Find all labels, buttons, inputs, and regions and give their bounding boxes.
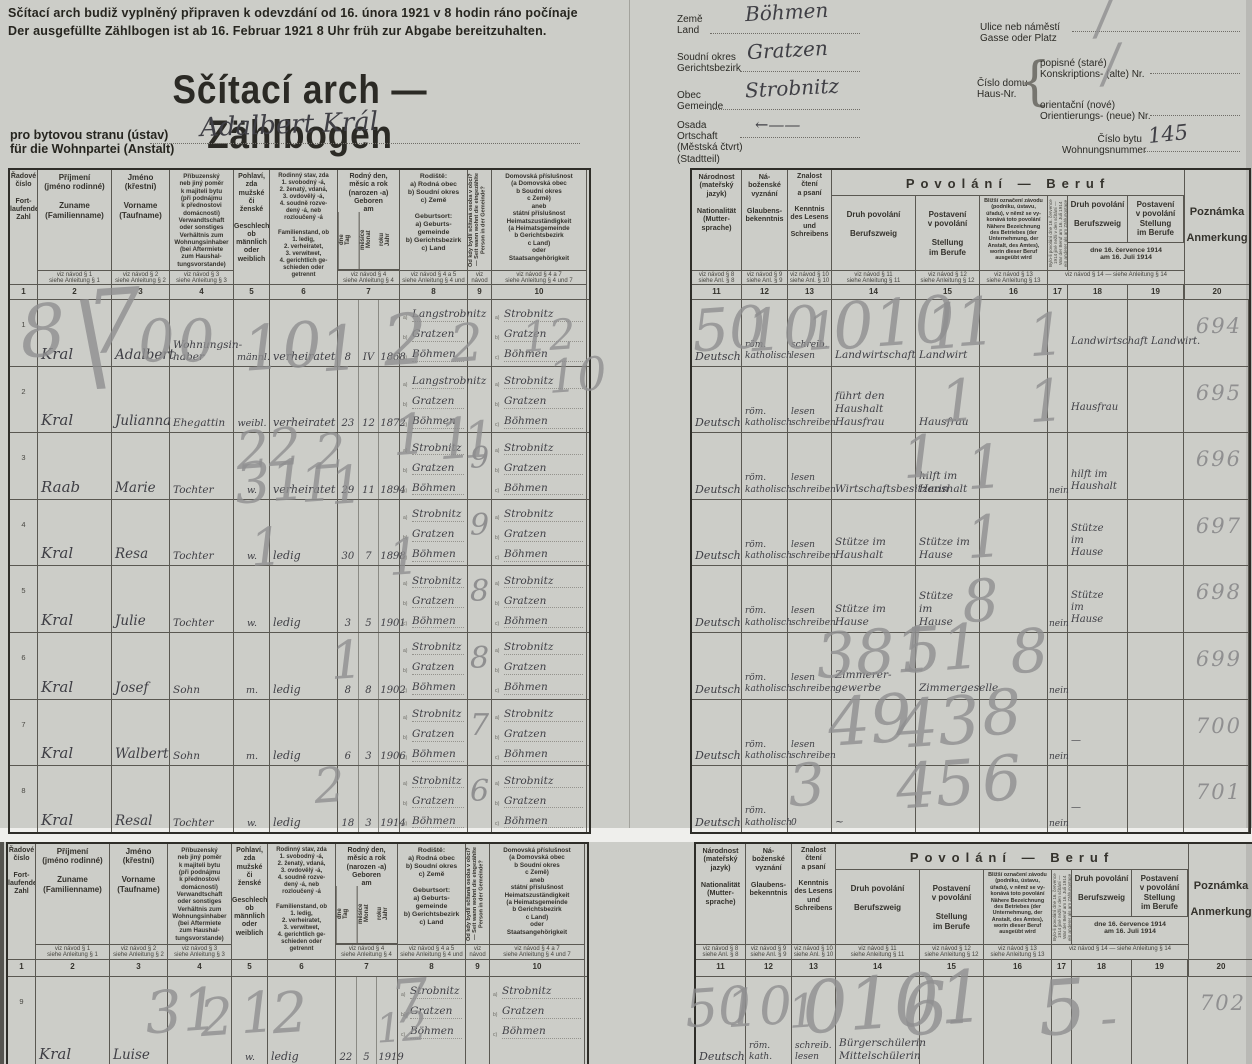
abc-prefix: b): [495, 601, 499, 607]
religion-handwritten: röm. kath.: [749, 1041, 789, 1064]
header-col-15: Postavení v povolání Stellung im Berufev…: [920, 870, 984, 976]
cell-nationality: Deutsch: [692, 633, 742, 699]
row-number: 8: [10, 786, 37, 795]
cell-home-municipality: a)Strobnitzb)Gratzenc)Böhmen: [492, 300, 587, 366]
header-remark: Poznámka Anmerkung: [1189, 844, 1252, 959]
field-line-apartment: [1145, 150, 1240, 152]
place-handwritten: Böhmen: [412, 749, 464, 762]
occupation1914-handwritten: Hausfrau: [1071, 402, 1118, 414]
birthdate-part: 1868: [379, 300, 400, 366]
header-note-14: viz návod § 14 — siehe Anleitung § 14: [1052, 944, 1188, 959]
header-col-13: Znalost čtení a psaní Kenntnis des Lesen…: [788, 170, 832, 299]
birthdate-part: 1898: [379, 500, 400, 566]
place-handwritten: Gratzen: [504, 529, 583, 542]
header-was-occupation-different-1914: Bylo-li povolání dne 16. července 1914 j…: [1048, 196, 1068, 270]
header-label: Bližší označení závodu (podniku, ústavu,…: [980, 196, 1047, 270]
literacy-handwritten: lesen schreiben: [791, 407, 829, 430]
cell-religion: röm. katholisch: [742, 433, 788, 499]
header-col-14: Druh povolání Berufszweigviz návod § 11 …: [832, 196, 916, 299]
birthplace-line: c)Böhmen: [495, 476, 583, 495]
place-handwritten: Strobnitz: [504, 709, 583, 722]
cell-birthdate: 8IV1868: [338, 300, 400, 366]
cell-occupation: Bürgerschülerin Mittelschülerin: [836, 977, 920, 1064]
header-col-number: 15: [916, 284, 979, 299]
place-handwritten: Langstrobnitz: [412, 309, 464, 322]
cell-relation: [168, 977, 232, 1064]
cell-marital-status: ledig: [270, 566, 338, 632]
header-col-17: Bylo-li povolání dne 16. července 1914 j…: [1048, 196, 1068, 270]
header-label: Příbuzenský neb jiný poměr k majiteli by…: [168, 844, 231, 944]
header-residence-since: Od kdy bydlí sčítaná osoba v obci? — Sei…: [468, 170, 492, 270]
cell-workplace: [980, 300, 1048, 366]
place-handwritten: Gratzen: [412, 662, 464, 675]
cell-remark: 695: [1184, 367, 1249, 433]
filing-notice-german: Der ausgefüllte Zählbogen ist ab 16. Feb…: [8, 22, 592, 40]
header-col-number: 5: [232, 959, 267, 976]
cell-relation: Tochter: [170, 766, 234, 832]
header-label: Postavení v povolání Stellung im Berufe: [1132, 870, 1187, 916]
header-note: viz návod § 13 siehe Anleitung § 13: [980, 270, 1047, 284]
header-col-10: Domovská příslušnost (a Domovská obec b …: [492, 170, 587, 299]
birthdate-value: 8: [339, 352, 357, 363]
occupation1914-handwritten: hilft im Haushalt: [1071, 469, 1125, 493]
header-col-7: Rodný den, měsíc a rok (narozen -a) Gebo…: [338, 170, 400, 299]
birthplace-line: b)Gratzen: [403, 390, 464, 409]
birthplace-line: c)Böhmen: [403, 676, 464, 695]
header-label: Jméno (křestní) Vorname (Taufname): [112, 170, 169, 270]
cell-surname: Kral: [38, 633, 112, 699]
birthdate-part: IV: [359, 300, 380, 366]
birthplace-line: b)Gratzen: [403, 656, 464, 675]
nationality-handwritten: Deutsch: [695, 483, 739, 496]
literacy-handwritten: 0: [791, 818, 829, 829]
table-row: 5KralJulieTochterw.ledig351901a)Strobnit…: [10, 565, 589, 632]
cell-row-number: 6: [10, 633, 38, 699]
cell-birthdate: 1831914: [338, 766, 400, 832]
cell-relation: Tochter: [170, 566, 234, 632]
birthdate-part: 1872: [379, 367, 400, 433]
header-date-1914: dne 16. července 1914 am 16. Juli 1914: [1072, 916, 1188, 944]
nationality-handwritten: Deutsch: [695, 350, 739, 363]
remark-number-pencil: 698: [1196, 580, 1242, 604]
header-col-number: 18: [1068, 284, 1128, 299]
place-handwritten: Strobnitz: [412, 776, 464, 789]
field-value-settlement: ←——: [755, 115, 800, 134]
abc-prefix: c): [495, 555, 499, 561]
cell-birthplace: a)Strobnitzb)Gratzenc)Böhmen: [398, 977, 466, 1064]
header-col-16: Bližší označení závodu (podniku, ústavu,…: [980, 196, 1048, 299]
religion-handwritten: röm. katholisch: [745, 606, 785, 629]
cell-marital-status: ledig: [270, 500, 338, 566]
abc-prefix: c): [401, 1032, 405, 1038]
sex-handwritten: w.: [237, 818, 267, 829]
abc-prefix: a): [495, 448, 499, 454]
birthplace-line: b)Gratzen: [403, 323, 464, 342]
field-line-street: [1072, 30, 1240, 32]
header-note: viz návod § 10 siehe Anl. § 10: [792, 944, 835, 959]
table-row: 3RaabMarieTochterw.verheiratet29111894a)…: [10, 432, 589, 499]
cell-was-different-1914: [1052, 977, 1072, 1064]
cell-literacy: lesen schreiben: [788, 566, 832, 632]
abc-prefix: c): [403, 555, 407, 561]
header-col-number: 9: [468, 284, 491, 299]
header-note: viz návod § 8 siehe Anl. § 8: [696, 944, 745, 959]
birthdate-value: 5: [360, 618, 378, 629]
cell-was-different-1914: [1048, 500, 1068, 566]
field-line-country: [710, 32, 860, 34]
cell-position: Hausfrau: [916, 367, 980, 433]
occupation1914-handwritten: Stütze im Hause: [1071, 590, 1125, 626]
cell-occupation-1914: Hausfrau: [1068, 367, 1128, 433]
abc-prefix: a): [403, 715, 407, 721]
header-note: viz návod § 3 siehe Anleitung § 3: [170, 270, 233, 284]
cell-birthdate: 881902: [338, 633, 400, 699]
header-label: Příjmení (jméno rodinné) Zuname (Familie…: [38, 170, 111, 270]
surname-handwritten: Kral: [41, 411, 109, 429]
person-table-second-sheet: Řadové číslo Fort- laufende Zahl1Příjmen…: [6, 842, 589, 1064]
header-col-number: 10: [490, 959, 584, 976]
abc-prefix: a): [495, 715, 499, 721]
header-col-number: 12: [742, 284, 787, 299]
cell-marital-status: verheiratet: [270, 367, 338, 433]
header-note: viz návod § 12 siehe Anleitung § 12: [920, 944, 983, 959]
birthdate-part: 8: [338, 633, 359, 699]
religion-handwritten: röm. katholisch: [745, 806, 785, 829]
header-note: viz návod § 4 a 6 siehe Anl. § 4 und 6: [468, 270, 491, 284]
header-label: Domovská příslušnost (a Domovská obec b …: [492, 170, 586, 270]
place-handwritten: Strobnitz: [504, 642, 583, 655]
cell-was-different-1914: nein: [1048, 766, 1068, 832]
cell-sex: w.: [234, 433, 270, 499]
cell-sex: w.: [232, 977, 268, 1064]
place-handwritten: Gratzen: [412, 596, 464, 609]
abc-prefix: b): [495, 535, 499, 541]
cell-home-municipality: a)Strobnitzb)Gratzenc)Böhmen: [492, 566, 587, 632]
cell-remark: 699: [1184, 633, 1249, 699]
residence-since-pencil: 9: [468, 508, 491, 543]
header-col-number: 2: [38, 284, 111, 299]
birthplace-line: c)Böhmen: [495, 609, 583, 628]
field-line-house-new: [1150, 114, 1240, 116]
row-number: 5: [10, 586, 37, 595]
cell-row-number: 9: [8, 977, 36, 1064]
abc-prefix: b): [495, 468, 499, 474]
birthdate-part: 1894: [379, 433, 400, 499]
cell-remark: 702: [1188, 977, 1252, 1064]
cell-row-number: 3: [10, 433, 38, 499]
cell-position: Stütze im Hause: [916, 500, 980, 566]
place-handwritten: Gratzen: [412, 729, 464, 742]
birthplace-line: b)Gratzen: [401, 1000, 462, 1019]
place-handwritten: Gratzen: [412, 329, 464, 342]
cell-home-municipality: a)Strobnitzb)Gratzenc)Böhmen: [492, 367, 587, 433]
abc-prefix: b): [403, 601, 407, 607]
abc-prefix: a): [403, 648, 407, 654]
abc-prefix: b): [403, 735, 407, 741]
cell-was-different-1914: [1048, 367, 1068, 433]
cell-surname: Kral: [36, 977, 110, 1064]
birthdate-value: 22: [337, 1052, 355, 1063]
sex-handwritten: m.: [237, 751, 267, 762]
cell-position-1914: [1128, 566, 1184, 632]
header-col-7: Rodný den, měsíc a rok (narozen -a) Gebo…: [336, 844, 398, 976]
birthplace-line: a)Strobnitz: [493, 980, 581, 999]
header-note: viz návod § 4 a 6 siehe Anl. § 4 und 6: [466, 944, 489, 959]
cell-nationality: Deutsch: [692, 367, 742, 433]
header-col-number: 9: [466, 959, 489, 976]
cell-relation: Tochter: [170, 433, 234, 499]
birthplace-line: a)Strobnitz: [495, 436, 583, 455]
cell-nationality: Deutsch: [692, 766, 742, 832]
cell-occupation-1914: Landwirtschaft Landwirt.: [1068, 300, 1128, 366]
cell-nationality: Deutsch: [692, 433, 742, 499]
remark-number-pencil: 696: [1196, 447, 1242, 471]
header-col-12: Ná- boženské vyznání Glaubens- bekenntni…: [746, 844, 792, 976]
abc-prefix: c): [495, 755, 499, 761]
header-label: Znalost čtení a psaní Kenntnis des Lesen…: [792, 844, 835, 944]
birthdate-value: 1868: [380, 352, 399, 363]
was1914-handwritten: nein: [1049, 686, 1067, 696]
cell-remark: 696: [1184, 433, 1249, 499]
residence-since-pencil: 8: [468, 574, 491, 609]
header-note: viz návod § 13 siehe Anleitung § 13: [984, 944, 1051, 959]
place-handwritten: Strobnitz: [412, 576, 464, 589]
birthplace-line: b)Gratzen: [495, 723, 583, 742]
header-note: viz návod § 2 siehe Anleitung § 2: [110, 944, 167, 959]
cell-literacy: 0: [788, 766, 832, 832]
header-col-number: 17: [1052, 959, 1072, 976]
header-col-2: Příjmení (jméno rodinné) Zuname (Familie…: [38, 170, 112, 299]
abc-prefix: a): [495, 581, 499, 587]
cell-nationality: Deutsch: [692, 300, 742, 366]
abc-prefix: c): [495, 488, 499, 494]
header-col-1: Řadové číslo Fort- laufende Zahl1: [10, 170, 38, 299]
relation-handwritten: Sohn: [173, 750, 231, 762]
birthdate-value: 1901: [380, 618, 399, 629]
form-subtitle-german: für die Wohnpartei (Anstalt): [10, 142, 174, 156]
marital-status-handwritten: ledig: [273, 549, 335, 562]
birthplace-line: a)Strobnitz: [495, 769, 583, 788]
marital-status-handwritten: verheiratet: [273, 483, 335, 496]
cell-occupation: führt den Haushalt Hausfrau: [832, 367, 916, 433]
cell-position: hilft im Haushalt: [916, 433, 980, 499]
birthplace-line: b)Gratzen: [495, 323, 583, 342]
abc-prefix: b): [493, 1012, 497, 1018]
place-handwritten: Böhmen: [504, 416, 583, 429]
cell-birthplace: a)Langstrobnitzb)Gratzenc)Böhmen: [400, 367, 468, 433]
given-name-handwritten: Adalbert: [115, 347, 167, 363]
row-number: 4: [10, 520, 37, 529]
birthdate-value: 5: [358, 1052, 376, 1063]
cell-surname: Kral: [38, 700, 112, 766]
cell-surname: Kral: [38, 367, 112, 433]
header-col-number: 5: [234, 284, 269, 299]
birthdate-value: IV: [360, 352, 378, 363]
cell-given-name: Julie: [112, 566, 170, 632]
birthplace-line: a)Strobnitz: [495, 370, 583, 389]
page-fold-line: [629, 0, 630, 828]
cell-residence-since: [468, 367, 492, 433]
header-col-number: 6: [270, 284, 337, 299]
cell-residence-since: 7: [468, 700, 492, 766]
header-col-number: 13: [792, 959, 835, 976]
cell-marital-status: ledig: [270, 766, 338, 832]
birthplace-line: a)Strobnitz: [403, 769, 464, 788]
cell-residence-since: [468, 300, 492, 366]
header-note: viz návod § 4 a 5 siehe Anleitung § 4 un…: [400, 270, 467, 284]
table-row: 6KralJosefSohnm.ledig881902a)Strobnitzb)…: [10, 632, 589, 699]
remark-number-pencil: 699: [1196, 647, 1242, 671]
birthplace-line: a)Langstrobnitz: [403, 370, 464, 389]
occupation1914-handwritten: —: [1071, 735, 1081, 747]
table-row: 1KralAdalbertWohnungsin- habermännl.verh…: [10, 299, 589, 366]
abc-prefix: c): [403, 821, 407, 827]
cell-relation: Ehegattin: [170, 367, 234, 433]
surname-handwritten: Raab: [41, 478, 109, 496]
cell-literacy: schreib. lesen: [788, 300, 832, 366]
cell-marital-status: verheiratet: [270, 300, 338, 366]
cell-residence-since: 8: [468, 633, 492, 699]
place-handwritten: Böhmen: [412, 416, 464, 429]
relation-handwritten: Tochter: [173, 484, 231, 496]
cell-occupation-1914: hilft im Haushalt: [1068, 433, 1128, 499]
cell-sex: m.: [234, 700, 270, 766]
cell-home-municipality: a)Strobnitzb)Gratzenc)Böhmen: [492, 433, 587, 499]
place-handwritten: Strobnitz: [412, 709, 464, 722]
place-handwritten: Gratzen: [412, 796, 464, 809]
header-label: Postavení v povolání Stellung im Berufe: [916, 196, 979, 270]
sex-handwritten: w.: [237, 618, 267, 629]
cell-occupation: Zimmerer- gewerbe: [832, 633, 916, 699]
relation-handwritten: Wohnungsin- haber: [173, 339, 231, 363]
relation-handwritten: Ehegattin: [173, 417, 231, 429]
header-birthdate-sub: roku Jahr: [379, 212, 400, 270]
cell-occupation: ~: [832, 766, 916, 832]
birthplace-line: c)Böhmen: [495, 809, 583, 828]
birthdate-part: 7: [359, 500, 380, 566]
birthdate-part: 8: [338, 300, 359, 366]
cell-religion: röm. katholisch: [742, 633, 788, 699]
abc-prefix: a): [495, 648, 499, 654]
header-col-12: Ná- boženské vyznání Glaubens- bekenntni…: [742, 170, 788, 299]
birthplace-line: a)Strobnitz: [403, 436, 464, 455]
position-handwritten: Zimmergeselle: [919, 682, 977, 695]
cell-position-1914: [1128, 766, 1184, 832]
place-handwritten: Strobnitz: [504, 376, 583, 389]
header-col-5: Pohlaví, zda mužské či ženské Geschlecht…: [232, 844, 268, 976]
place-handwritten: Böhmen: [412, 483, 464, 496]
abc-prefix: c): [403, 755, 407, 761]
header-label: Druh povolání Berufszweig: [1068, 196, 1127, 242]
birthdate-part: 18: [338, 766, 359, 832]
header-col-number: 19: [1128, 284, 1184, 299]
cell-position-1914: [1128, 500, 1184, 566]
abc-prefix: a): [493, 992, 497, 998]
place-handwritten: Böhmen: [412, 682, 464, 695]
occupation1914-handwritten: Stütze im Hause: [1071, 523, 1125, 559]
place-handwritten: Böhmen: [412, 349, 464, 362]
abc-prefix: a): [403, 581, 407, 587]
cell-given-name: Walbert: [112, 700, 170, 766]
religion-handwritten: röm. katholisch: [745, 673, 785, 696]
cell-position-1914: [1128, 300, 1184, 366]
place-handwritten: Gratzen: [412, 529, 464, 542]
cell-occupation: Wirtschaftsbesitzerin: [832, 433, 916, 499]
residence-since-pencil: 9: [468, 441, 491, 476]
birthplace-line: a)Strobnitz: [495, 703, 583, 722]
place-handwritten: Strobnitz: [412, 642, 464, 655]
cell-sex: w.: [234, 566, 270, 632]
birthplace-line: a)Strobnitz: [403, 636, 464, 655]
header-col-1: Řadové číslo Fort- laufende Zahl1: [8, 844, 36, 976]
header-label: Ná- boženské vyznání Glaubens- bekenntni…: [742, 170, 787, 270]
given-name-handwritten: Marie: [115, 480, 167, 496]
sex-handwritten: w.: [237, 551, 267, 562]
cell-occupation-1914: [1072, 977, 1132, 1064]
header-col-number: 8: [398, 959, 465, 976]
abc-prefix: c): [495, 621, 499, 627]
cell-surname: Kral: [38, 500, 112, 566]
relation-handwritten: Tochter: [173, 550, 231, 562]
cell-residence-since: 9: [468, 433, 492, 499]
cell-occupation-1914: —: [1068, 700, 1128, 766]
cell-birthdate: 29111894: [338, 433, 400, 499]
position-handwritten: Stütze im Hause: [919, 536, 977, 562]
cell-religion: röm. kath.: [746, 977, 792, 1064]
marital-status-handwritten: verheiratet: [273, 350, 335, 363]
field-label-country: Země Land: [677, 14, 703, 36]
cell-literacy: lesen schreiben: [788, 367, 832, 433]
cell-nationality: Deutsch: [692, 500, 742, 566]
abc-prefix: b): [403, 402, 407, 408]
header-col-number: 12: [746, 959, 791, 976]
cell-home-municipality: a)Strobnitzb)Gratzenc)Böhmen: [492, 633, 587, 699]
abc-prefix: b): [403, 335, 407, 341]
abc-prefix: b): [403, 668, 407, 674]
place-handwritten: Böhmen: [504, 816, 583, 829]
cell-religion: röm. katholisch: [742, 700, 788, 766]
cell-workplace: [980, 500, 1048, 566]
abc-prefix: a): [495, 382, 499, 388]
remark-number-pencil: 695: [1196, 381, 1242, 405]
birthplace-line: a)Strobnitz: [403, 569, 464, 588]
nationality-handwritten: Deutsch: [695, 549, 739, 562]
header-col-4: Příbuzenský neb jiný poměr k majiteli by…: [170, 170, 234, 299]
birthplace-line: a)Strobnitz: [495, 303, 583, 322]
header-col-number: 19: [1132, 959, 1188, 976]
header-note: viz návod § 10 siehe Anl. § 10: [788, 270, 831, 284]
cell-was-different-1914: nein: [1048, 700, 1068, 766]
cell-sex: männl.: [234, 300, 270, 366]
row-number: 1: [10, 320, 37, 329]
cell-given-name: Resal: [112, 766, 170, 832]
place-handwritten: Böhmen: [502, 1026, 581, 1039]
birthplace-line: a)Langstrobnitz: [403, 303, 464, 322]
header-col-number: 7: [336, 959, 397, 976]
birthdate-part: 6: [338, 700, 359, 766]
cell-literacy: lesen schreiben: [788, 433, 832, 499]
birthplace-line: a)Strobnitz: [495, 503, 583, 522]
cell-occupation-1914: [1068, 633, 1128, 699]
filing-notice-czech: Sčítací arch budiž vyplněný připraven k …: [8, 4, 592, 22]
birthplace-line: b)Gratzen: [495, 789, 583, 808]
birthdate-part: 5: [359, 566, 380, 632]
literacy-handwritten: schreib. lesen: [791, 340, 829, 363]
field-line-municipality: [710, 108, 860, 110]
given-name-handwritten: Luise: [113, 1047, 165, 1063]
cell-given-name: Julianna: [112, 367, 170, 433]
place-handwritten: Böhmen: [504, 616, 583, 629]
